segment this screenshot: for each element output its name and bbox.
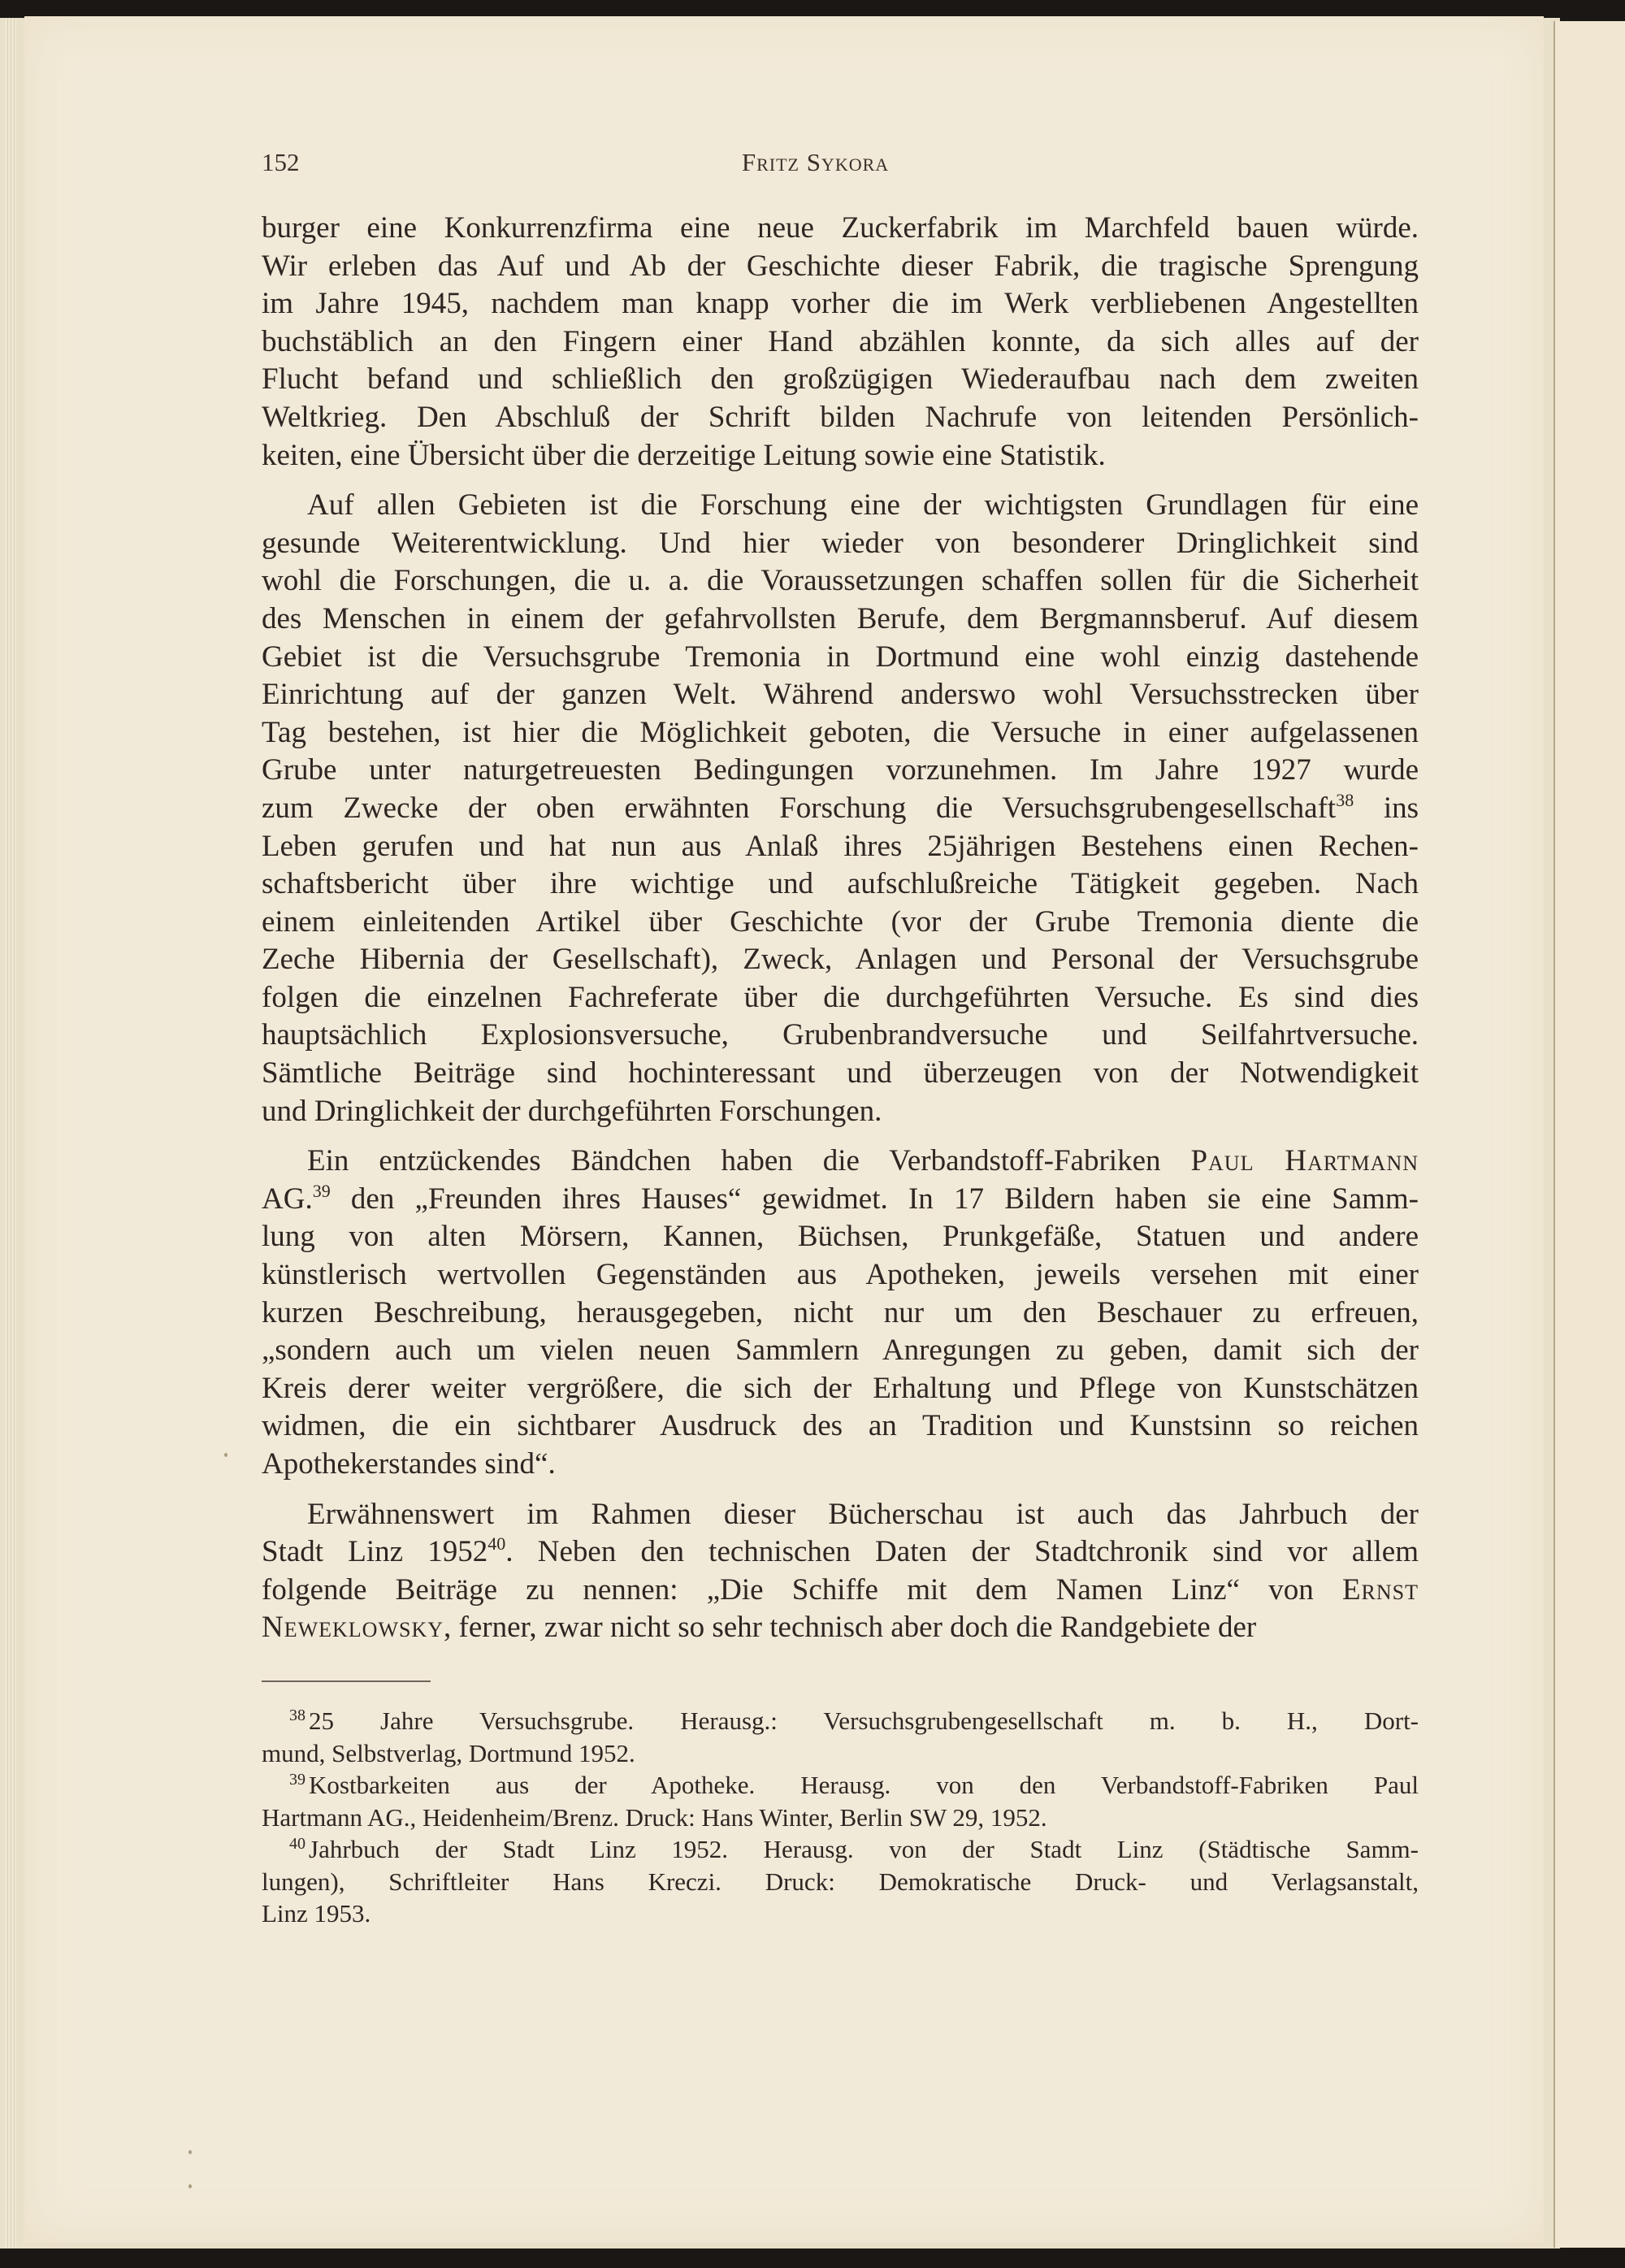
- small-caps-name: Paul Hartmann: [1190, 1144, 1419, 1177]
- footnote-line: 39Kostbarkeiten aus der Apotheke. Heraus…: [262, 1769, 1419, 1802]
- footnote-line: lungen), Schriftleiter Hans Kreczi. Druc…: [262, 1866, 1419, 1898]
- text-line: folgende Beiträge zu nennen: „Die Schiff…: [262, 1572, 1419, 1610]
- text-line: im Jahre 1945, nachdem man knapp vorher …: [262, 285, 1419, 323]
- text-line: Stadt Linz 195240. Neben den technischen…: [262, 1533, 1419, 1572]
- footnote: 40Jahrbuch der Stadt Linz 1952. Herausg.…: [262, 1833, 1419, 1930]
- small-caps-name: Ernst: [1342, 1573, 1419, 1607]
- text-line: Einrichtung auf der ganzen Welt. Während…: [262, 676, 1419, 714]
- text-line: Wir erleben das Auf und Ab der Geschicht…: [262, 248, 1419, 286]
- running-head-author: Fritz Sykora: [262, 148, 1418, 177]
- footnotes: 3825 Jahre Versuchsgrube. Herausg.: Vers…: [262, 1705, 1419, 1930]
- text-line: Sämtliche Beiträge sind hochinteressant …: [262, 1055, 1419, 1093]
- text-line: des Menschen in einem der gefahrvollsten…: [262, 601, 1419, 639]
- text-line: Tag bestehen, ist hier die Möglichkeit g…: [262, 714, 1419, 752]
- footnote-number: 39: [289, 1771, 305, 1789]
- text-line: Auf allen Gebieten ist die Forschung ein…: [262, 487, 1419, 525]
- text-line: Apothekerstandes sind“.: [262, 1446, 1419, 1484]
- footnote-separator: [262, 1680, 431, 1682]
- small-caps-name: Neweklowsky: [262, 1611, 444, 1644]
- footnote: 3825 Jahre Versuchsgrube. Herausg.: Vers…: [262, 1705, 1419, 1769]
- text-line: Kreis derer weiter vergrößere, die sich …: [262, 1370, 1419, 1408]
- footnote-line: mund, Selbstverlag, Dortmund 1952.: [262, 1737, 1419, 1770]
- body-text: burger eine Konkurrenzfirma eine neue Zu…: [262, 210, 1419, 1647]
- footnote: 39Kostbarkeiten aus der Apotheke. Heraus…: [262, 1769, 1419, 1833]
- text-line: wohl die Forschungen, die u. a. die Vora…: [262, 562, 1419, 601]
- text-line: Weltkrieg. Den Abschluß der Schrift bild…: [262, 399, 1419, 437]
- text-line: Leben gerufen und hat nun aus Anlaß ihre…: [262, 828, 1419, 866]
- text-line: Neweklowsky, ferner, zwar nicht so sehr …: [262, 1609, 1419, 1647]
- footnote-line: Hartmann AG., Heidenheim/Brenz. Druck: H…: [262, 1802, 1419, 1834]
- text-line: Ein entzückendes Bändchen haben die Verb…: [262, 1143, 1419, 1181]
- footnote-reference[interactable]: 38: [1336, 790, 1354, 810]
- text-line: Erwähnenswert im Rahmen dieser Büchersch…: [262, 1496, 1419, 1534]
- text-line: künstlerisch wertvollen Gegenständen aus…: [262, 1256, 1419, 1294]
- paper-speck: [188, 2184, 192, 2188]
- text-line: Zeche Hibernia der Gesellschaft), Zweck,…: [262, 941, 1419, 979]
- text-line: Grube unter naturgetreuesten Bedingungen…: [262, 752, 1419, 790]
- paragraph: Erwähnenswert im Rahmen dieser Büchersch…: [262, 1496, 1419, 1647]
- text-line: keiten, eine Übersicht über die derzeiti…: [262, 437, 1419, 475]
- text-line: AG.39 den „Freunden ihres Hauses“ gewidm…: [262, 1181, 1419, 1219]
- footnote-line: 3825 Jahre Versuchsgrube. Herausg.: Vers…: [262, 1705, 1419, 1737]
- footnote-number: 38: [289, 1706, 305, 1724]
- text-line: „sondern auch um vielen neuen Sammlern A…: [262, 1332, 1419, 1370]
- text-line: zum Zwecke der oben erwähnten Forschung …: [262, 790, 1419, 828]
- text-line: lung von alten Mörsern, Kannen, Büchsen,…: [262, 1218, 1419, 1256]
- text-line: folgen die einzelnen Fachreferate über d…: [262, 979, 1419, 1017]
- paper-speck: [224, 1453, 227, 1457]
- text-line: hauptsächlich Explosionsversuche, Gruben…: [262, 1017, 1419, 1055]
- footnote-reference[interactable]: 40: [487, 1533, 505, 1554]
- text-line: schaftsbericht über ihre wichtige und au…: [262, 865, 1419, 904]
- footnote-reference[interactable]: 39: [313, 1181, 331, 1201]
- paper-speck: [188, 2150, 192, 2154]
- text-line: Gebiet ist die Versuchsgrube Tremonia in…: [262, 639, 1419, 677]
- footnote-line: 40Jahrbuch der Stadt Linz 1952. Herausg.…: [262, 1833, 1419, 1866]
- footnote-line: Linz 1953.: [262, 1897, 1419, 1930]
- text-line: einem einleitenden Artikel über Geschich…: [262, 904, 1419, 942]
- paragraph: burger eine Konkurrenzfirma eine neue Zu…: [262, 210, 1419, 475]
- paragraph: Ein entzückendes Bändchen haben die Verb…: [262, 1143, 1419, 1483]
- text-line: Flucht befand und schließlich den großzü…: [262, 361, 1419, 399]
- text-line: burger eine Konkurrenzfirma eine neue Zu…: [262, 210, 1419, 248]
- running-head: 152 Fritz Sykora: [262, 148, 1418, 180]
- facing-page-edge: [1553, 21, 1625, 2248]
- text-line: buchstäblich an den Fingern einer Hand a…: [262, 323, 1419, 362]
- paragraph: Auf allen Gebieten ist die Forschung ein…: [262, 487, 1419, 1130]
- text-line: gesunde Weiterentwicklung. Und hier wied…: [262, 525, 1419, 563]
- footnote-number: 40: [289, 1835, 305, 1853]
- text-line: widmen, die ein sichtbarer Ausdruck des …: [262, 1407, 1419, 1446]
- text-line: kurzen Beschreibung, herausgegeben, nich…: [262, 1294, 1419, 1333]
- text-line: und Dringlichkeit der durchgeführten For…: [262, 1093, 1419, 1131]
